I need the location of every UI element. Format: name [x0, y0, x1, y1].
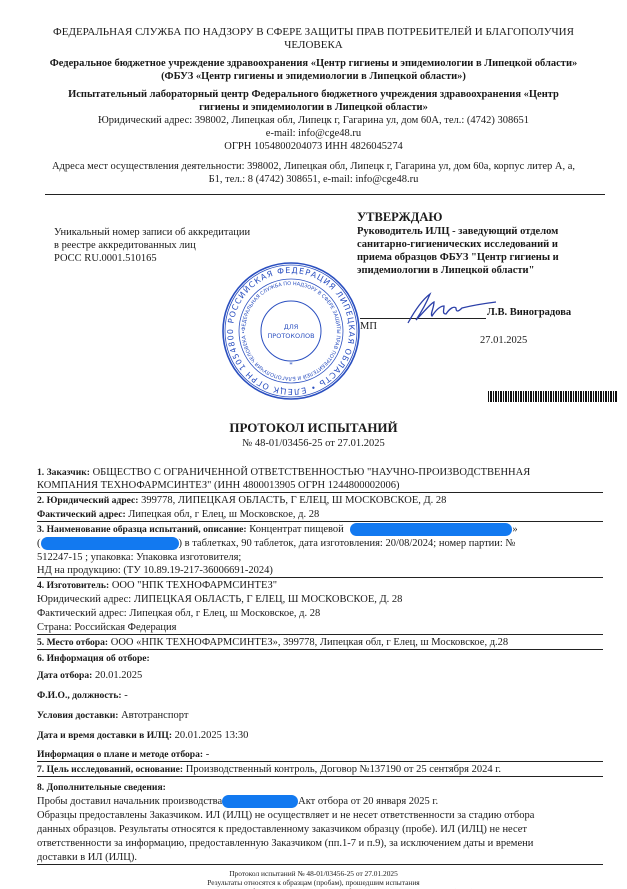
- legal-address: Юридический адрес: 398002, Липецкая обл,…: [0, 114, 627, 127]
- manufacturer-actual-address: Фактический адрес: Липецкая обл, г Елец,…: [37, 607, 603, 620]
- manufacturer-label: 4. Изготовитель:: [37, 580, 109, 591]
- divider-7: [37, 776, 603, 777]
- sampling-place-label: 5. Место отбора:: [37, 637, 108, 648]
- sampling-date-value: 20.01.2025: [95, 670, 142, 681]
- additional-info-line-3: данных образцов. Результаты относятся к …: [37, 823, 603, 836]
- sampling-place-value: ООО «НПК ТЕХНОФАРМСИНТЕЗ», 399778, Липец…: [111, 637, 508, 648]
- ogrn-inn: ОГРН 1054800204073 ИНН 4826045274: [0, 140, 627, 153]
- accreditation-line-1: Уникальный номер записи об аккредитации: [54, 226, 250, 239]
- protocol-number: № 48-01/03456-25 от 27.01.2025: [0, 437, 627, 450]
- svg-text:ДЛЯ: ДЛЯ: [284, 323, 298, 331]
- research-purpose-value: Производственный контроль, Договор №1371…: [186, 764, 501, 775]
- barcode: [488, 391, 617, 402]
- manufacturer-name: ООО "НПК ТЕХНОФАРМСИНТЕЗ": [112, 580, 277, 591]
- accreditation-number: РОСС RU.0001.510165: [54, 252, 157, 265]
- redacted-person-name: [222, 795, 298, 808]
- signatory-name: Л.В. Виноградова: [487, 306, 571, 319]
- legal-address-label: 2. Юридический адрес:: [37, 495, 138, 506]
- delivered-by-text: Пробы доставил начальник производства: [37, 796, 222, 807]
- actual-address-value: Липецкая обл, г Елец, ш Московское, д. 2…: [128, 509, 319, 520]
- sampling-info-label: 6. Информация об отборе:: [37, 653, 150, 664]
- divider-3: [37, 577, 603, 578]
- header-divider: [45, 194, 605, 195]
- research-purpose-label: 7. Цель исследований, основание:: [37, 764, 183, 775]
- agency-line-2: ЧЕЛОВЕКА: [0, 39, 627, 52]
- sample-text-2: ) в таблетках, 90 таблеток, дата изготов…: [179, 538, 516, 549]
- sampling-plan-label: Информация о плане и методе отбора:: [37, 749, 203, 760]
- sampling-date-label: Дата отбора:: [37, 670, 92, 681]
- accreditation-line-2: в реестре аккредитованных лиц: [54, 239, 196, 252]
- activity-address-line-1: Адреса мест осуществления деятельности: …: [0, 160, 627, 173]
- approval-line-3: приема образцов ФБУЗ "Центр гигиены и: [357, 251, 559, 264]
- approval-line-1: Руководитель ИЛЦ - заведующий отделом: [357, 225, 558, 238]
- sample-label: 3. Наименование образца испытаний, описа…: [37, 524, 247, 535]
- additional-info-line-4: ответственности за информацию, предостав…: [37, 837, 603, 850]
- delivery-datetime-value: 20.01.2025 13:30: [175, 730, 249, 741]
- agency-line-1: ФЕДЕРАЛЬНАЯ СЛУЖБА ПО НАДЗОРУ В СФЕРЕ ЗА…: [0, 26, 627, 39]
- official-stamp: РОССИЙСКАЯ ФЕДЕРАЦИЯ ЛИПЕЦКАЯ ОБЛАСТЬ • …: [219, 259, 363, 403]
- sampling-plan-value: -: [206, 749, 210, 760]
- redacted-product-name: [350, 523, 512, 536]
- approval-line-2: санитарно-гигиенических исследований и: [357, 238, 558, 251]
- institution-line-1: Федеральное бюджетное учреждение здравоо…: [0, 57, 627, 70]
- additional-info-line-5: доставки в ИЛ (ИЛЦ).: [37, 851, 603, 864]
- divider-2: [37, 521, 603, 522]
- lab-email: e-mail: info@cge48.ru: [0, 127, 627, 140]
- delivery-conditions-label: Условия доставки:: [37, 710, 118, 721]
- customer-label: 1. Заказчик:: [37, 467, 90, 478]
- delivery-datetime-label: Дата и время доставки в ИЛЦ:: [37, 730, 172, 741]
- sample-nd: НД на продукцию: (ТУ 10.89.19-217-360066…: [37, 564, 603, 577]
- approval-title: УТВЕРЖДАЮ: [357, 210, 442, 224]
- sample-text-1: Концентрат пищевой: [249, 524, 344, 535]
- section-customer: 1. Заказчик: ОБЩЕСТВО С ОГРАНИЧЕННОЙ ОТВ…: [37, 466, 603, 479]
- sampling-act-text: Акт отбора от 20 января 2025 г.: [298, 796, 438, 807]
- approval-line-4: эпидемиологии в Липецкой области": [357, 264, 534, 277]
- svg-text:ПРОТОКОЛОВ: ПРОТОКОЛОВ: [267, 332, 314, 340]
- approval-date: 27.01.2025: [480, 334, 527, 347]
- divider-5: [37, 649, 603, 650]
- manufacturer-legal-address: Юридический адрес: ЛИПЕЦКАЯ ОБЛАСТЬ, Г Е…: [37, 593, 603, 606]
- lab-line-1: Испытательный лабораторный центр Федерал…: [0, 88, 627, 101]
- customer-name-line-1: ОБЩЕСТВО С ОГРАНИЧЕННОЙ ОТВЕТСТВЕННОСТЬЮ…: [93, 467, 531, 478]
- divider-1: [37, 492, 603, 493]
- svg-text:*: *: [289, 361, 293, 369]
- divider-8: [37, 864, 603, 865]
- additional-info-label: 8. Дополнительные сведения:: [37, 782, 166, 793]
- redacted-product-alt-name: [41, 537, 179, 550]
- additional-info-line-2: Образцы предоставлены Заказчиком. ИЛ (ИЛ…: [37, 809, 603, 822]
- delivery-conditions-value: Автотранспорт: [121, 710, 188, 721]
- activity-address-line-2: Б1, тел.: 8 (4742) 308651, e-mail: info@…: [0, 173, 627, 186]
- legal-address-value: 399778, ЛИПЕЦКАЯ ОБЛАСТЬ, Г ЕЛЕЦ, Ш МОСК…: [141, 495, 446, 506]
- paren-open: (: [37, 538, 41, 549]
- quote-close: »: [512, 524, 517, 535]
- actual-address-label: Фактический адрес:: [37, 509, 126, 520]
- fio-value: -: [124, 690, 128, 701]
- divider-6: [37, 761, 603, 762]
- fio-label: Ф.И.О., должность:: [37, 690, 122, 701]
- divider-4: [37, 634, 603, 635]
- customer-name-line-2: КОМПАНИЯ ТЕХНОФАРМСИНТЕЗ" (ИНН 480001390…: [37, 479, 603, 492]
- lab-line-2: гигиены и эпидемиологии в Липецкой облас…: [0, 101, 627, 114]
- stamp-icon: РОССИЙСКАЯ ФЕДЕРАЦИЯ ЛИПЕЦКАЯ ОБЛАСТЬ • …: [219, 259, 363, 403]
- protocol-title: ПРОТОКОЛ ИСПЫТАНИЙ: [0, 420, 627, 435]
- sample-text-3: 512247-15 ; упаковка: Упаковка изготовит…: [37, 551, 603, 564]
- institution-line-2: (ФБУЗ «Центр гигиены и эпидемиологии в Л…: [0, 70, 627, 83]
- manufacturer-country: Страна: Российская Федерация: [37, 621, 603, 634]
